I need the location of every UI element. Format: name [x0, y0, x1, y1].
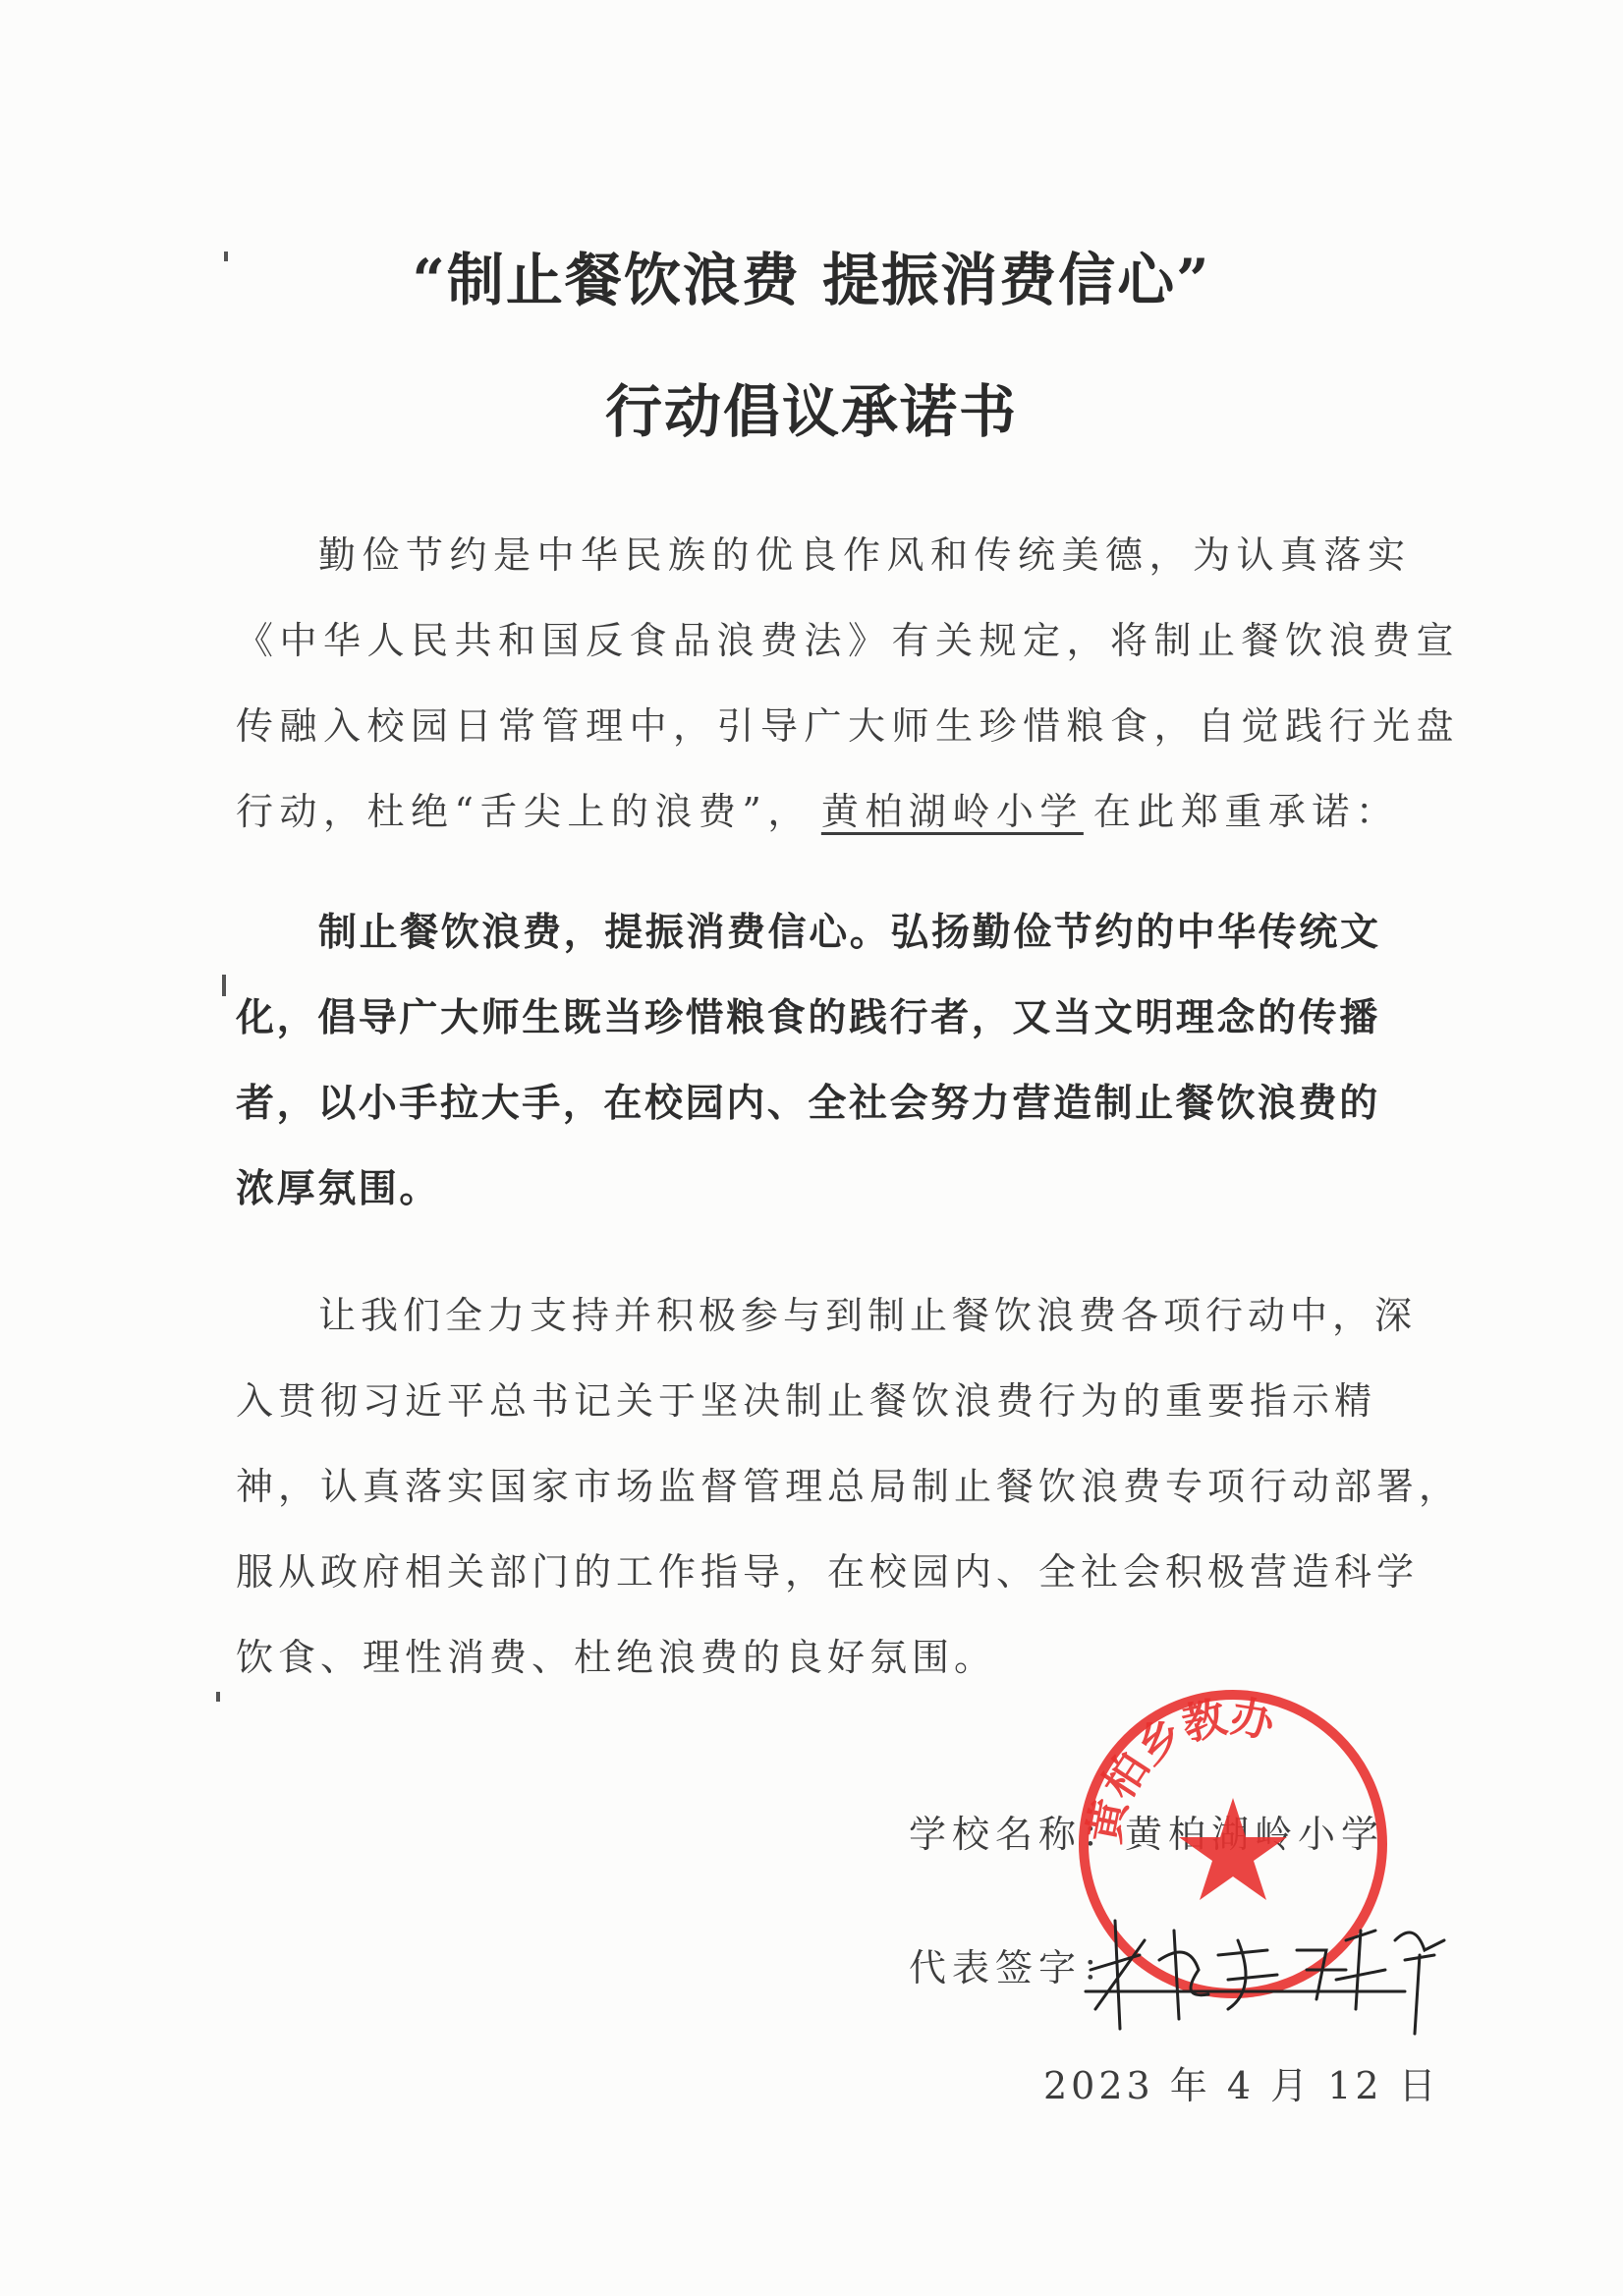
document-date: 2023 年 4 月 12 日 — [1043, 2055, 1440, 2109]
line-prefix: 行动，杜绝“舌尖上的浪费”， — [236, 790, 811, 833]
document-title-line2: 行动倡议承诺书 — [0, 365, 1623, 448]
paragraph-line: 神，认真落实国家市场监督管理总局制止餐饮浪费专项行动部署， — [236, 1444, 1385, 1530]
paragraph-line: 化，倡导广大师生既当珍惜粮食的践行者，又当文明理念的传播 — [236, 976, 1385, 1061]
paragraph-intro: 勤俭节约是中华民族的优良作风和传统美德，为认真落实 《中华人民共和国反食品浪费法… — [236, 513, 1385, 855]
paragraph-call-to-action: 让我们全力支持并积极参与到制止餐饮浪费各项行动中，深 入贯彻习近平总书记关于坚决… — [236, 1273, 1385, 1701]
scan-speck — [216, 1692, 220, 1702]
scan-speck — [224, 252, 228, 261]
paragraph-line: 服从政府相关部门的工作指导，在校园内、全社会积极营造科学 — [236, 1530, 1385, 1615]
school-name-underlined: 黄柏湖岭小学 — [811, 790, 1093, 833]
paragraph-line: 让我们全力支持并积极参与到制止餐饮浪费各项行动中，深 — [236, 1273, 1385, 1359]
document-title-line1: “制止餐饮浪费 提振消费信心” — [0, 234, 1623, 316]
scan-speck — [222, 975, 226, 996]
paragraph-line: 传融入校园日常管理中，引导广大师生珍惜粮食，自觉践行光盘 — [236, 684, 1385, 769]
paragraph-line: 制止餐饮浪费，提振消费信心。弘扬勤俭节约的中华传统文 — [236, 890, 1385, 976]
paragraph-line: 行动，杜绝“舌尖上的浪费”，黄柏湖岭小学在此郑重承诺： — [236, 769, 1385, 855]
paragraph-line: 者，以小手拉大手，在校园内、全社会努力营造制止餐饮浪费的 — [236, 1061, 1385, 1147]
svg-text:黄柏乡教办: 黄柏乡教办 — [1080, 1692, 1280, 1847]
paragraph-line: 浓厚氛围。 — [236, 1147, 1385, 1232]
handwritten-signature-icon — [1081, 1901, 1454, 2039]
paragraph-line: 入贯彻习近平总书记关于坚决制止餐饮浪费行为的重要指示精 — [236, 1359, 1385, 1444]
line-suffix: 在此郑重承诺： — [1093, 790, 1400, 833]
paragraph-line: 勤俭节约是中华民族的优良作风和传统美德，为认真落实 — [236, 513, 1385, 598]
paragraph-commitment-bold: 制止餐饮浪费，提振消费信心。弘扬勤俭节约的中华传统文 化，倡导广大师生既当珍惜粮… — [236, 890, 1385, 1232]
paragraph-line: 《中华人民共和国反食品浪费法》有关规定，将制止餐饮浪费宣 — [236, 598, 1385, 684]
